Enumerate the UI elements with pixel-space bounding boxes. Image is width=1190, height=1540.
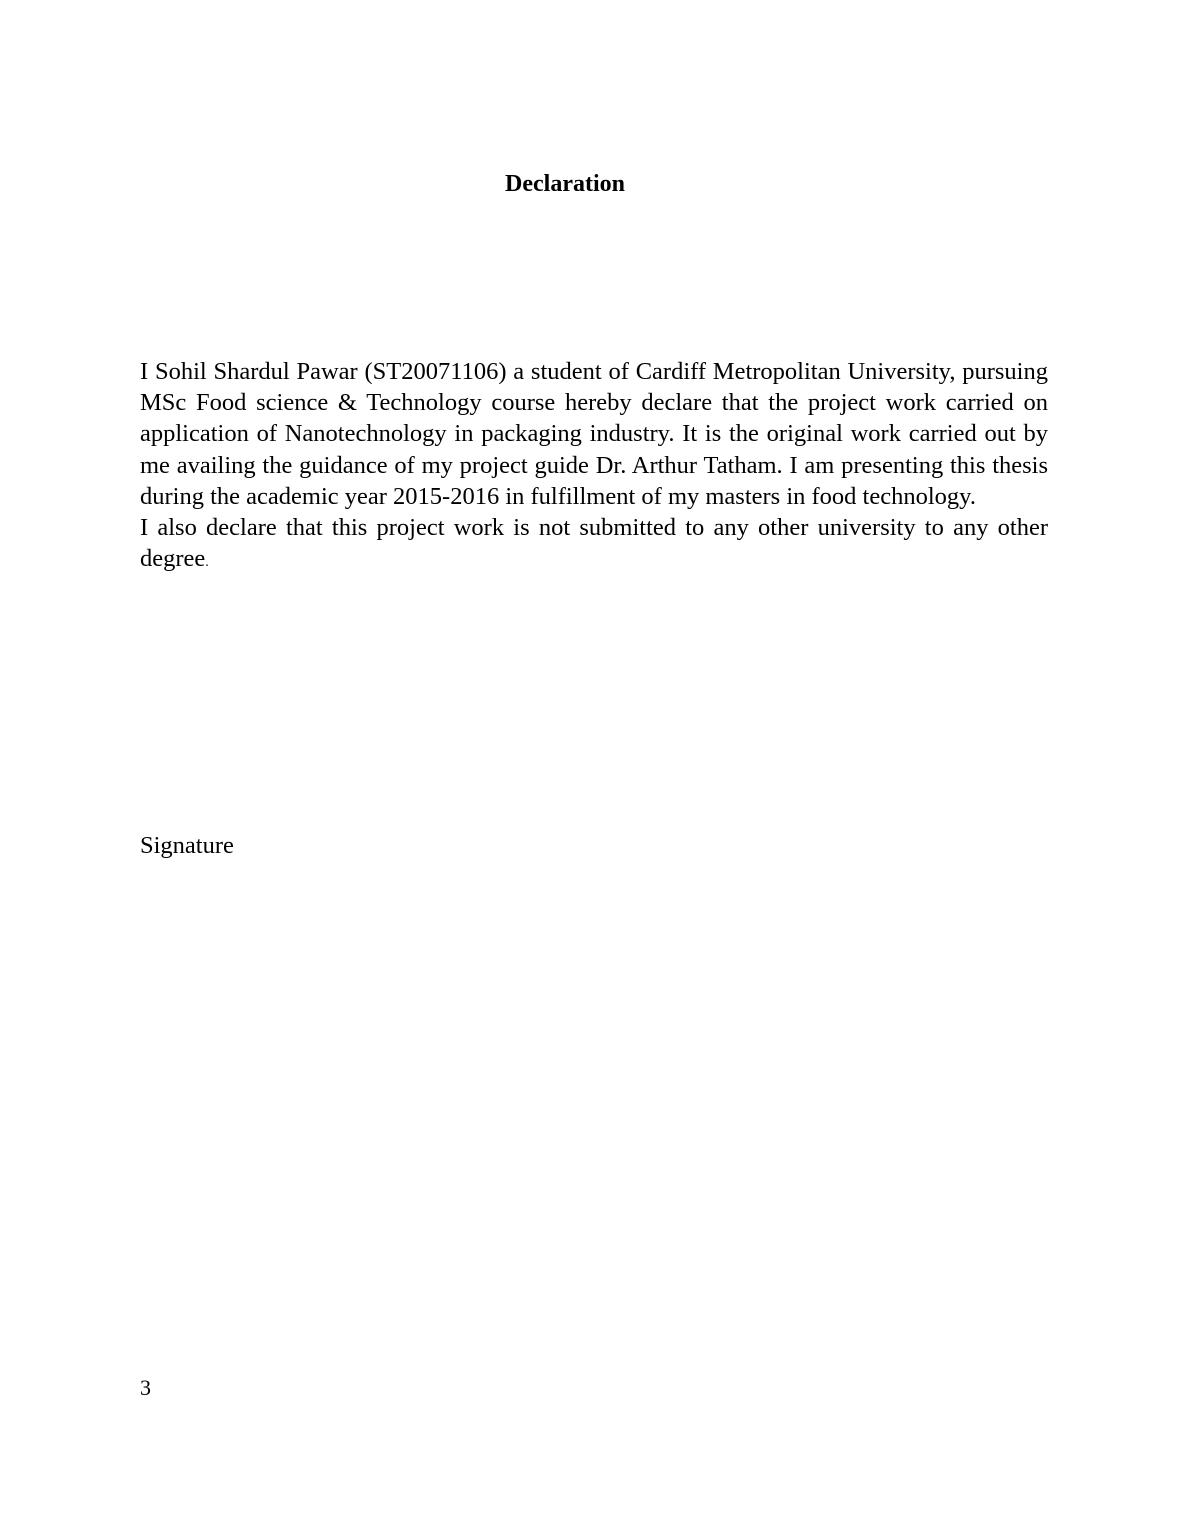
document-page: Declaration I Sohil Shardul Pawar (ST200… [0, 0, 1190, 1540]
signature-label: Signature [140, 830, 234, 862]
paragraph-end-mark: . [205, 555, 209, 570]
page-number: 3 [140, 1374, 151, 1402]
page-title: Declaration [0, 168, 1130, 200]
declaration-paragraph-1: I Sohil Shardul Pawar (ST20071106) a stu… [140, 356, 1048, 512]
declaration-paragraph-2-text: I also declare that this project work is… [140, 514, 1048, 572]
declaration-body: I Sohil Shardul Pawar (ST20071106) a stu… [140, 356, 1048, 578]
declaration-paragraph-2: I also declare that this project work is… [140, 512, 1048, 578]
